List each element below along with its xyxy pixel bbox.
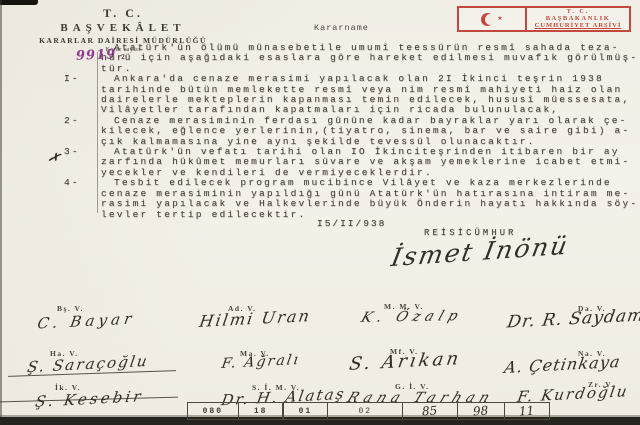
catalog-box: 18: [238, 402, 284, 420]
intro-paragraph: Atatürk'ün ölümü münasebetile umumî tees…: [101, 43, 617, 74]
star-icon: ★: [497, 16, 502, 22]
minister-signature-mmv: K. Özalp: [359, 308, 465, 326]
catalog-box: 11: [504, 402, 550, 420]
decree-item-2: 2- Cenaze merasiminin ferdası gününe kad…: [101, 116, 617, 147]
crescent-icon: [481, 13, 494, 26]
doc-type-label: Kararname: [314, 23, 369, 33]
catalog-value: 98: [473, 403, 489, 418]
decree-item-1: I- Ankara'da cenaze merasimi yapılacak o…: [101, 74, 617, 116]
archive-stamp-line2: BAŞBAKANLIK: [546, 15, 611, 22]
margin-checkmark: ✗: [46, 149, 62, 168]
archive-stamp-line3: CUMHURİYET ARŞİVİ: [535, 22, 622, 29]
item-number: 3-: [64, 147, 80, 157]
catalog-value: 01: [299, 407, 313, 416]
catalog-value: 11: [519, 403, 535, 418]
scan-corner-blot: [0, 0, 38, 5]
catalog-value: 18: [254, 407, 268, 416]
minister-signature-mfv: S. Arıkan: [348, 348, 463, 375]
letterhead-office: BAŞVEKÂLET: [18, 22, 228, 34]
minister-signature-adv: Hilmi Uran: [198, 306, 313, 331]
minister-signature-mav: F. Ağralı: [220, 352, 301, 372]
archive-catalog-boxes: 080 18 01 02 85 98 11: [188, 402, 550, 420]
minister-signature-nav: A. Çetinkaya: [503, 352, 622, 377]
decree-item-3: 3- Atatürk'ün vefatı tarihi olan IO İkin…: [101, 147, 617, 178]
body-line: hürü için aşağıdaki esaslara göre hareke…: [101, 53, 617, 63]
letterhead-tc: T. C.: [18, 6, 228, 21]
archive-stamp-text: T. C. BAŞBAKANLIK CUMHURİYET ARŞİVİ: [527, 8, 629, 30]
catalog-box: 98: [457, 402, 505, 420]
item-number: I-: [64, 74, 80, 84]
president-signature: İsmet İnönü: [389, 231, 571, 272]
scanned-decree-document: T. C. BAŞVEKÂLET KARARLAR DAİRESİ MÜDÜRL…: [0, 0, 640, 425]
archive-stamp-logo-cell: ★: [459, 8, 527, 30]
catalog-box: 01: [282, 402, 328, 420]
catalog-box: 02: [327, 402, 403, 420]
item-number-divider-rule: [97, 52, 98, 213]
decree-date: I5/II/938: [317, 218, 386, 229]
catalog-box: 080: [187, 402, 239, 420]
item-number: 4-: [64, 178, 80, 188]
catalog-box: 85: [402, 402, 458, 420]
scan-left-edge: [0, 0, 2, 425]
catalog-value: 85: [422, 403, 438, 418]
catalog-value: 02: [358, 407, 372, 416]
catalog-value: 080: [203, 407, 223, 416]
decree-body: Atatürk'ün ölümü münasebetile umumî tees…: [101, 43, 617, 220]
decree-item-4: 4- Tesbit edilecek program mucibince Vil…: [101, 178, 617, 220]
minister-signature-dav: Dr. R. Saydam: [506, 305, 640, 332]
minister-signature-bsv: C. Bayar: [36, 309, 137, 332]
archive-stamp: ★ T. C. BAŞBAKANLIK CUMHURİYET ARŞİVİ: [457, 6, 631, 32]
body-line: rasimi yapılacak ve Halkevlerinde büyük …: [101, 199, 617, 209]
item-number: 2-: [64, 116, 80, 126]
